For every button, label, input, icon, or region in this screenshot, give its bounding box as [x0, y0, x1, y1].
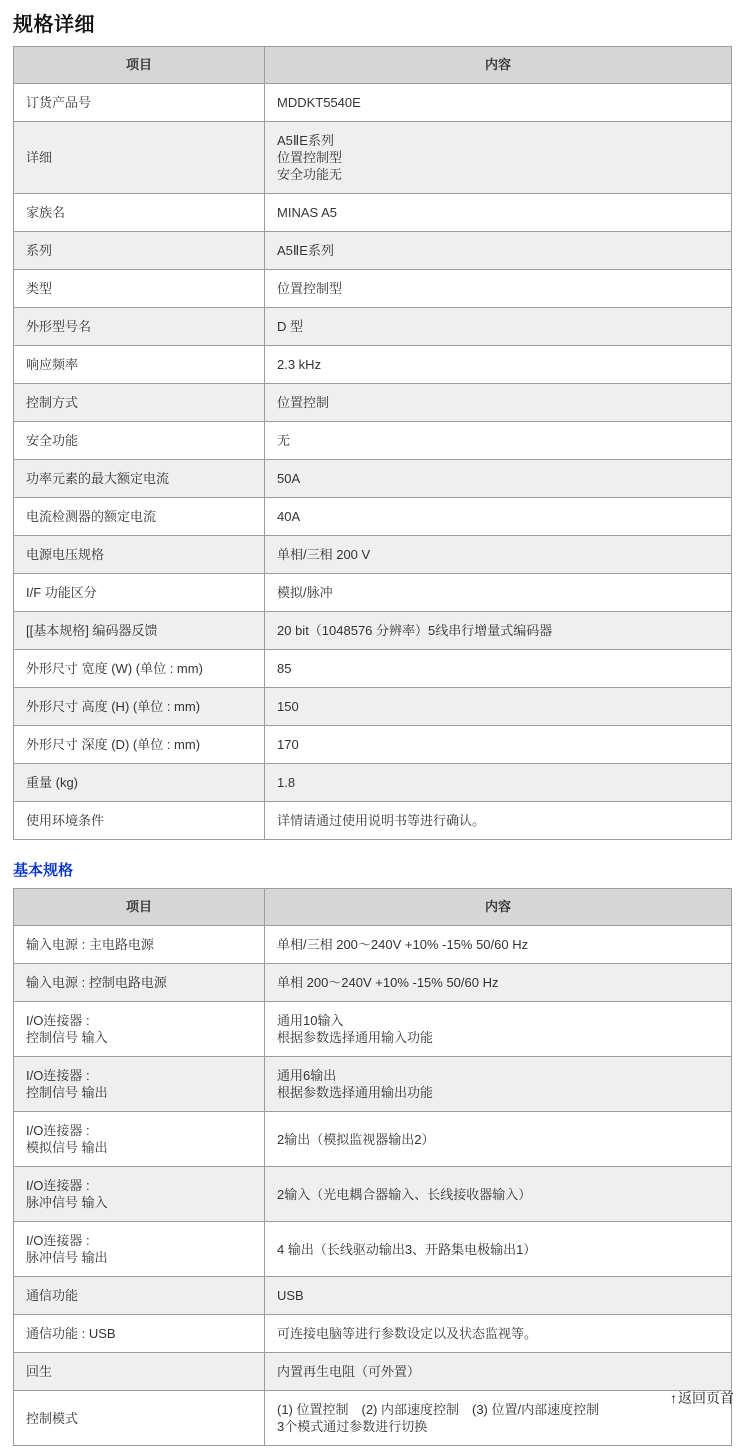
spec-detail-item-cell: 响应频率	[14, 346, 265, 384]
page-title: 规格详细	[13, 8, 732, 37]
spec-detail-row: [[基本规格] 编码器反馈20 bit（1048576 分辨率）5线串行增量式编…	[14, 612, 732, 650]
basic-spec-row: I/O连接器 :控制信号 输出通用6输出根据参数选择通用输出功能	[14, 1057, 732, 1112]
back-to-top-label: 返回页首	[678, 1390, 734, 1406]
spec-detail-item-cell: [[基本规格] 编码器反馈	[14, 612, 265, 650]
spec-detail-content-cell: A5ⅡE系列位置控制型安全功能无	[265, 122, 732, 194]
basic-spec-header-row: 项目 内容	[14, 889, 732, 926]
spec-detail-row: 类型位置控制型	[14, 270, 732, 308]
spec-detail-header-row: 项目 内容	[14, 47, 732, 84]
spec-detail-row: 电源电压规格单相/三相 200 V	[14, 536, 732, 574]
spec-detail-row: 电流检测器的额定电流40A	[14, 498, 732, 536]
spec-detail-item-cell: 家族名	[14, 194, 265, 232]
spec-detail-row: 外形型号名D 型	[14, 308, 732, 346]
basic-spec-content-cell: 单相 200～240V +10% -15% 50/60 Hz	[265, 964, 732, 1002]
spec-detail-content-cell: 150	[265, 688, 732, 726]
spec-detail-content-cell: MINAS A5	[265, 194, 732, 232]
spec-detail-item-cell: 外形尺寸 高度 (H) (单位 : mm)	[14, 688, 265, 726]
basic-spec-heading: 基本规格	[13, 859, 732, 880]
basic-spec-content-cell: (1) 位置控制 (2) 内部速度控制 (3) 位置/内部速度控制3个模式通过参…	[265, 1391, 732, 1446]
spec-detail-row: 外形尺寸 深度 (D) (单位 : mm)170	[14, 726, 732, 764]
spec-detail-item-cell: 外形型号名	[14, 308, 265, 346]
basic-spec-item-cell: I/O连接器 :控制信号 输入	[14, 1002, 265, 1057]
basic-spec-item-cell: 通信功能 : USB	[14, 1315, 265, 1353]
spec-detail-item-cell: 功率元素的最大额定电流	[14, 460, 265, 498]
basic-spec-content-cell: 通用6输出根据参数选择通用输出功能	[265, 1057, 732, 1112]
spec-detail-item-cell: 重量 (kg)	[14, 764, 265, 802]
spec-detail-row: 系列A5ⅡE系列	[14, 232, 732, 270]
spec-detail-row: 响应频率2.3 kHz	[14, 346, 732, 384]
spec-detail-item-cell: I/F 功能区分	[14, 574, 265, 612]
basic-spec-content-cell: 内置再生电阻（可外置）	[265, 1353, 732, 1391]
spec-detail-content-cell: 20 bit（1048576 分辨率）5线串行增量式编码器	[265, 612, 732, 650]
spec-detail-content-cell: 详情请通过使用说明书等进行确认。	[265, 802, 732, 840]
spec-detail-row: I/F 功能区分模拟/脉冲	[14, 574, 732, 612]
spec-detail-row: 使用环境条件详情请通过使用说明书等进行确认。	[14, 802, 732, 840]
spec-detail-item-cell: 类型	[14, 270, 265, 308]
spec-detail-content-cell: MDDKT5540E	[265, 84, 732, 122]
spec-detail-content-cell: 170	[265, 726, 732, 764]
basic-spec-row: I/O连接器 :模拟信号 输出2输出（模拟监视器输出2）	[14, 1112, 732, 1167]
spec-detail-row: 详细A5ⅡE系列位置控制型安全功能无	[14, 122, 732, 194]
spec-detail-item-cell: 安全功能	[14, 422, 265, 460]
spec-detail-item-cell: 订货产品号	[14, 84, 265, 122]
spec-detail-item-cell: 外形尺寸 宽度 (W) (单位 : mm)	[14, 650, 265, 688]
basic-spec-row: 回生内置再生电阻（可外置）	[14, 1353, 732, 1391]
spec-detail-content-cell: 40A	[265, 498, 732, 536]
basic-spec-item-cell: I/O连接器 :控制信号 输出	[14, 1057, 265, 1112]
spec-detail-item-cell: 电源电压规格	[14, 536, 265, 574]
spec-detail-content-cell: 50A	[265, 460, 732, 498]
spec-detail-row: 重量 (kg)1.8	[14, 764, 732, 802]
basic-spec-item-cell: 回生	[14, 1353, 265, 1391]
spec-detail-row: 家族名MINAS A5	[14, 194, 732, 232]
basic-spec-content-cell: 2输出（模拟监视器输出2）	[265, 1112, 732, 1167]
spec-detail-content-cell: 模拟/脉冲	[265, 574, 732, 612]
basic-spec-item-cell: 输入电源 : 控制电路电源	[14, 964, 265, 1002]
spec-detail-content-column-header: 内容	[265, 47, 732, 84]
basic-spec-item-cell: I/O连接器 :脉冲信号 输入	[14, 1167, 265, 1222]
basic-spec-content-cell: USB	[265, 1277, 732, 1315]
spec-detail-row: 外形尺寸 宽度 (W) (单位 : mm)85	[14, 650, 732, 688]
basic-spec-row: I/O连接器 :脉冲信号 输出4 输出（长线驱动输出3、开路集电极输出1）	[14, 1222, 732, 1277]
basic-spec-item-cell: 通信功能	[14, 1277, 265, 1315]
basic-spec-item-cell: 控制模式	[14, 1391, 265, 1446]
basic-spec-item-column-header: 项目	[14, 889, 265, 926]
basic-spec-content-cell: 通用10输入根据参数选择通用输入功能	[265, 1002, 732, 1057]
spec-detail-row: 安全功能无	[14, 422, 732, 460]
spec-detail-row: 控制方式位置控制	[14, 384, 732, 422]
spec-detail-item-cell: 外形尺寸 深度 (D) (单位 : mm)	[14, 726, 265, 764]
basic-spec-content-cell: 单相/三相 200～240V +10% -15% 50/60 Hz	[265, 926, 732, 964]
basic-spec-item-cell: 输入电源 : 主电路电源	[14, 926, 265, 964]
basic-spec-item-cell: I/O连接器 :模拟信号 输出	[14, 1112, 265, 1167]
back-to-top-link[interactable]: ↑返回页首	[670, 1388, 734, 1408]
spec-detail-content-cell: 1.8	[265, 764, 732, 802]
basic-spec-content-column-header: 内容	[265, 889, 732, 926]
spec-detail-content-cell: 无	[265, 422, 732, 460]
spec-detail-item-cell: 使用环境条件	[14, 802, 265, 840]
spec-detail-row: 外形尺寸 高度 (H) (单位 : mm)150	[14, 688, 732, 726]
spec-detail-content-cell: A5ⅡE系列	[265, 232, 732, 270]
spec-detail-content-cell: 单相/三相 200 V	[265, 536, 732, 574]
basic-spec-row: 通信功能 : USB可连接电脑等进行参数设定以及状态监视等。	[14, 1315, 732, 1353]
basic-spec-row: 输入电源 : 控制电路电源单相 200～240V +10% -15% 50/60…	[14, 964, 732, 1002]
spec-detail-content-cell: 位置控制型	[265, 270, 732, 308]
spec-detail-content-cell: 位置控制	[265, 384, 732, 422]
basic-spec-row: 控制模式(1) 位置控制 (2) 内部速度控制 (3) 位置/内部速度控制3个模…	[14, 1391, 732, 1446]
spec-detail-row: 功率元素的最大额定电流50A	[14, 460, 732, 498]
basic-spec-table: 项目 内容 输入电源 : 主电路电源单相/三相 200～240V +10% -1…	[13, 888, 732, 1446]
basic-spec-row: 输入电源 : 主电路电源单相/三相 200～240V +10% -15% 50/…	[14, 926, 732, 964]
spec-detail-item-cell: 详细	[14, 122, 265, 194]
basic-spec-content-cell: 可连接电脑等进行参数设定以及状态监视等。	[265, 1315, 732, 1353]
spec-detail-item-column-header: 项目	[14, 47, 265, 84]
basic-spec-row: 通信功能USB	[14, 1277, 732, 1315]
spec-detail-row: 订货产品号MDDKT5540E	[14, 84, 732, 122]
basic-spec-item-cell: I/O连接器 :脉冲信号 输出	[14, 1222, 265, 1277]
spec-page: 规格详细 项目 内容 订货产品号MDDKT5540E详细A5ⅡE系列位置控制型安…	[0, 0, 745, 1455]
spec-detail-content-cell: D 型	[265, 308, 732, 346]
spec-detail-content-cell: 2.3 kHz	[265, 346, 732, 384]
spec-detail-item-cell: 电流检测器的额定电流	[14, 498, 265, 536]
spec-detail-table: 项目 内容 订货产品号MDDKT5540E详细A5ⅡE系列位置控制型安全功能无家…	[13, 46, 732, 840]
spec-detail-item-cell: 控制方式	[14, 384, 265, 422]
spec-detail-item-cell: 系列	[14, 232, 265, 270]
basic-spec-row: I/O连接器 :控制信号 输入通用10输入根据参数选择通用输入功能	[14, 1002, 732, 1057]
basic-spec-content-cell: 4 输出（长线驱动输出3、开路集电极输出1）	[265, 1222, 732, 1277]
up-arrow-icon: ↑	[670, 1390, 677, 1406]
basic-spec-content-cell: 2输入（光电耦合器输入、长线接收器输入）	[265, 1167, 732, 1222]
spec-detail-content-cell: 85	[265, 650, 732, 688]
basic-spec-row: I/O连接器 :脉冲信号 输入2输入（光电耦合器输入、长线接收器输入）	[14, 1167, 732, 1222]
